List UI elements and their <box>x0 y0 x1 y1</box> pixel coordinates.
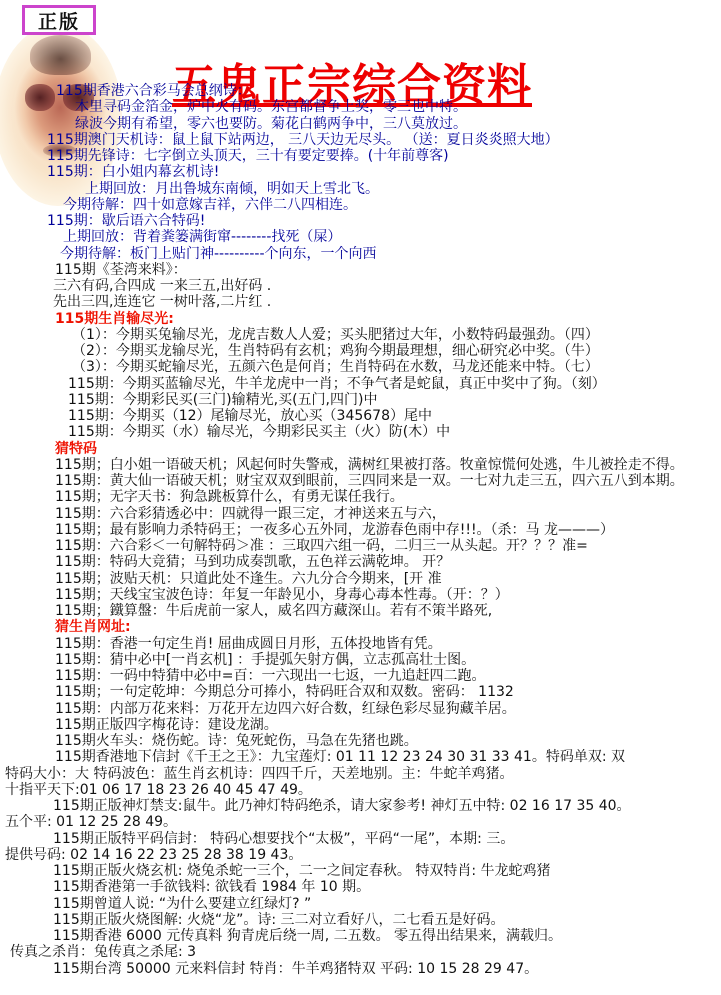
text-line: 115期正版火烧玄机: 烧兔杀蛇一三个，二一之间定春秋。 特双特肖: 牛龙蛇鸡猪 <box>0 863 721 879</box>
text-line: 猜特码 <box>0 441 721 457</box>
text-line: 115期正版四字梅花诗：建设龙湖。 <box>0 717 721 733</box>
text-line: 115期香港六合彩马会总纲诗： <box>0 83 721 99</box>
text-line: 115期生肖输尽光: <box>0 311 721 327</box>
text-line: 115期；波贴天机：只道此处不逢生。六九分合今期来，[开 准 <box>0 571 721 587</box>
text-line: 115期台湾 50000 元来料信封 特肖：牛羊鸡猪特双 平码: 10 15 2… <box>0 961 721 977</box>
text-line: 115期香港 6000 元传真料 狗青虎后绕一周, 二五数。 零五得出结果来，满… <box>0 928 721 944</box>
hair-shape <box>30 35 91 75</box>
text-line: 绿波今期有希望，零六也要防。菊花白鹤两争中，三八莫放过。 <box>0 116 721 132</box>
text-line: 三六有码,合四成 一来三五,出好码 . <box>0 278 721 294</box>
text-line: 115期：黄大仙一语破天机；财宝双双到眼前，三四同来是一双。一七对九走三五，四六… <box>0 473 721 489</box>
genuine-badge: 正版 <box>22 5 96 35</box>
text-line: 115期曾道人说: “为什么要建立红绿灯? ” <box>0 896 721 912</box>
text-line: 115期：今期彩民买(三门)输精光,买(五门,四门)中 <box>0 392 721 408</box>
text-line: 115期；天线宝宝波色诗：年复一年龄见小，身毒心毒本性毒。（开：？） <box>0 587 721 603</box>
text-line: 115期：白小姐内幕玄机诗! <box>0 164 721 180</box>
text-line: 特码大小：大 特码波色：蓝生肖玄机诗：四四千斤，天差地别。主：牛蛇羊鸡猪。 <box>0 766 721 782</box>
text-line: 115期：内部万花来料：万花开左边四六好合数，红绿色彩尽显狗藏羊居。 <box>0 701 721 717</box>
text-line: 115期：六合彩猜透必中：四就得一跟三定，才神送来五与六， <box>0 506 721 522</box>
text-line: 115期：一码中特猜中必中=百：一六现出一七返，一九追赶四二跑。 <box>0 668 721 684</box>
text-line: 115期：香港一句定生肖! 屈曲成圆日月形，五体投地皆有凭。 <box>0 636 721 652</box>
text-line: 115期火车头：烧伤蛇。诗：兔死蛇伤，马急在先猪也跳。 <box>0 733 721 749</box>
text-line: 十指平天下:01 06 17 18 23 26 40 45 47 49。 <box>0 782 721 798</box>
text-line: 115期；一句定乾坤：今期总分可捧小，特码旺合双和双数。密码： 1132 <box>0 684 721 700</box>
text-line: 115期香港地下信封《千王之王》：九宝莲灯: 01 11 12 23 24 30… <box>0 749 721 765</box>
text-line: 先出三四,连连它 一树叶落,二片红 . <box>0 294 721 310</box>
text-line: 115期；鐵算盤：牛后虎前一家人，威名四方藏深山。若有不策半路死, <box>0 603 721 619</box>
text-line: （3）：今期买蛇输尽光，五颜六色是何肖；生肖特码在水数，马龙还能来中特。（七） <box>0 359 721 375</box>
text-line: 传真之杀肖：兔传真之杀尾: 3 <box>0 944 721 960</box>
text-line: 五个平: 01 12 25 28 49。 <box>0 814 721 830</box>
text-line: 115期：今期买蓝输尽光，牛羊龙虎中一肖；不争气者是蛇鼠，真正中奖中了狗。（刻） <box>0 376 721 392</box>
text-line: 115期：六合彩＜一句解特码＞准 ：三取四六组一码，二归三一从头起。开？？？准= <box>0 538 721 554</box>
text-line: 115期：今期买（水）输尽光，今期彩民买主（火）防(木）中 <box>0 424 721 440</box>
text-line: 115期香港第一手欲钱料: 欲钱看 1984 年 10 期。 <box>0 879 721 895</box>
text-line: 上期回放：月出鲁城东南倾，明如天上雪北飞。 <box>0 181 721 197</box>
text-line: （1）：今期买兔输尽光，龙虎吉数人人爱；买头肥猪过大年，小数特码最强劲。（四） <box>0 327 721 343</box>
text-line: 115期；最有影响力杀特码王；一夜多心五外同，龙游春色雨中存!!!。（杀：马 龙… <box>0 522 721 538</box>
text-line: 115期：今期买（12）尾输尽光，放心买（345678）尾中 <box>0 408 721 424</box>
text-line: 上期回放：背着粪篓满街窜--------找死（屎） <box>0 229 721 245</box>
text-line: 115期先锋诗：七字倒立头顶天，三十有要定要捧。(十年前尊客) <box>0 148 721 164</box>
text-line: 115期正版火烧图解: 火烧“龙”。诗: 三二对立看好八，二七看五是好码。 <box>0 912 721 928</box>
text-line: 115期正版特平码信封： 特码心想要找个“太极”，平码“一尾”，本期: 三。 <box>0 831 721 847</box>
text-line: 木里寻码金箔金，炉中火有码。东宫都督争上奖，零三也中特。 <box>0 99 721 115</box>
genuine-badge-label: 正版 <box>38 7 80 34</box>
text-line: 猜生肖网址: <box>0 619 721 635</box>
text-line: （2）：今期买龙输尽光，生肖特码有玄机；鸡狗今期最理想，细心研究必中奖。（牛） <box>0 343 721 359</box>
text-line: 115期；白小姐一语破天机；风起何时失警戒，满树红果被打落。牧童惊慌何处逃，牛儿… <box>0 457 721 473</box>
text-line: 115期正版神灯禁支:鼠牛。此乃神灯特码绝杀，请大家参考! 神灯五中特: 02 … <box>0 798 721 814</box>
text-line: 115期：猜中必中[一肖玄机] ：手提弧矢射方偶，立志孤高壮士图。 <box>0 652 721 668</box>
text-line: 今期待解：四十如意嫁吉祥，六伴二八四相连。 <box>0 197 721 213</box>
content-lines: 115期香港六合彩马会总纲诗：木里寻码金箔金，炉中火有码。东宫都督争上奖，零三也… <box>0 83 721 977</box>
text-line: 115期：歇后语六合特码! <box>0 213 721 229</box>
text-line: 115期；无字天书：狗急跳板算什么，有勇无谋任我行。 <box>0 489 721 505</box>
text-line: 115期《荃湾来料》： <box>0 262 721 278</box>
text-line: 115期澳门天机诗：鼠上鼠下站两边， 三八天边无尽头。 （送：夏日炎炎照大地） <box>0 132 721 148</box>
text-line: 115期：特码大竞猜；马到功成奏凯歌，五色祥云满乾坤。 开？ <box>0 554 721 570</box>
text-line: 今期待解：板门上贴门神----------个向东，一个向西 <box>0 246 721 262</box>
text-line: 提供号码: 02 14 16 22 23 25 28 38 19 43。 <box>0 847 721 863</box>
